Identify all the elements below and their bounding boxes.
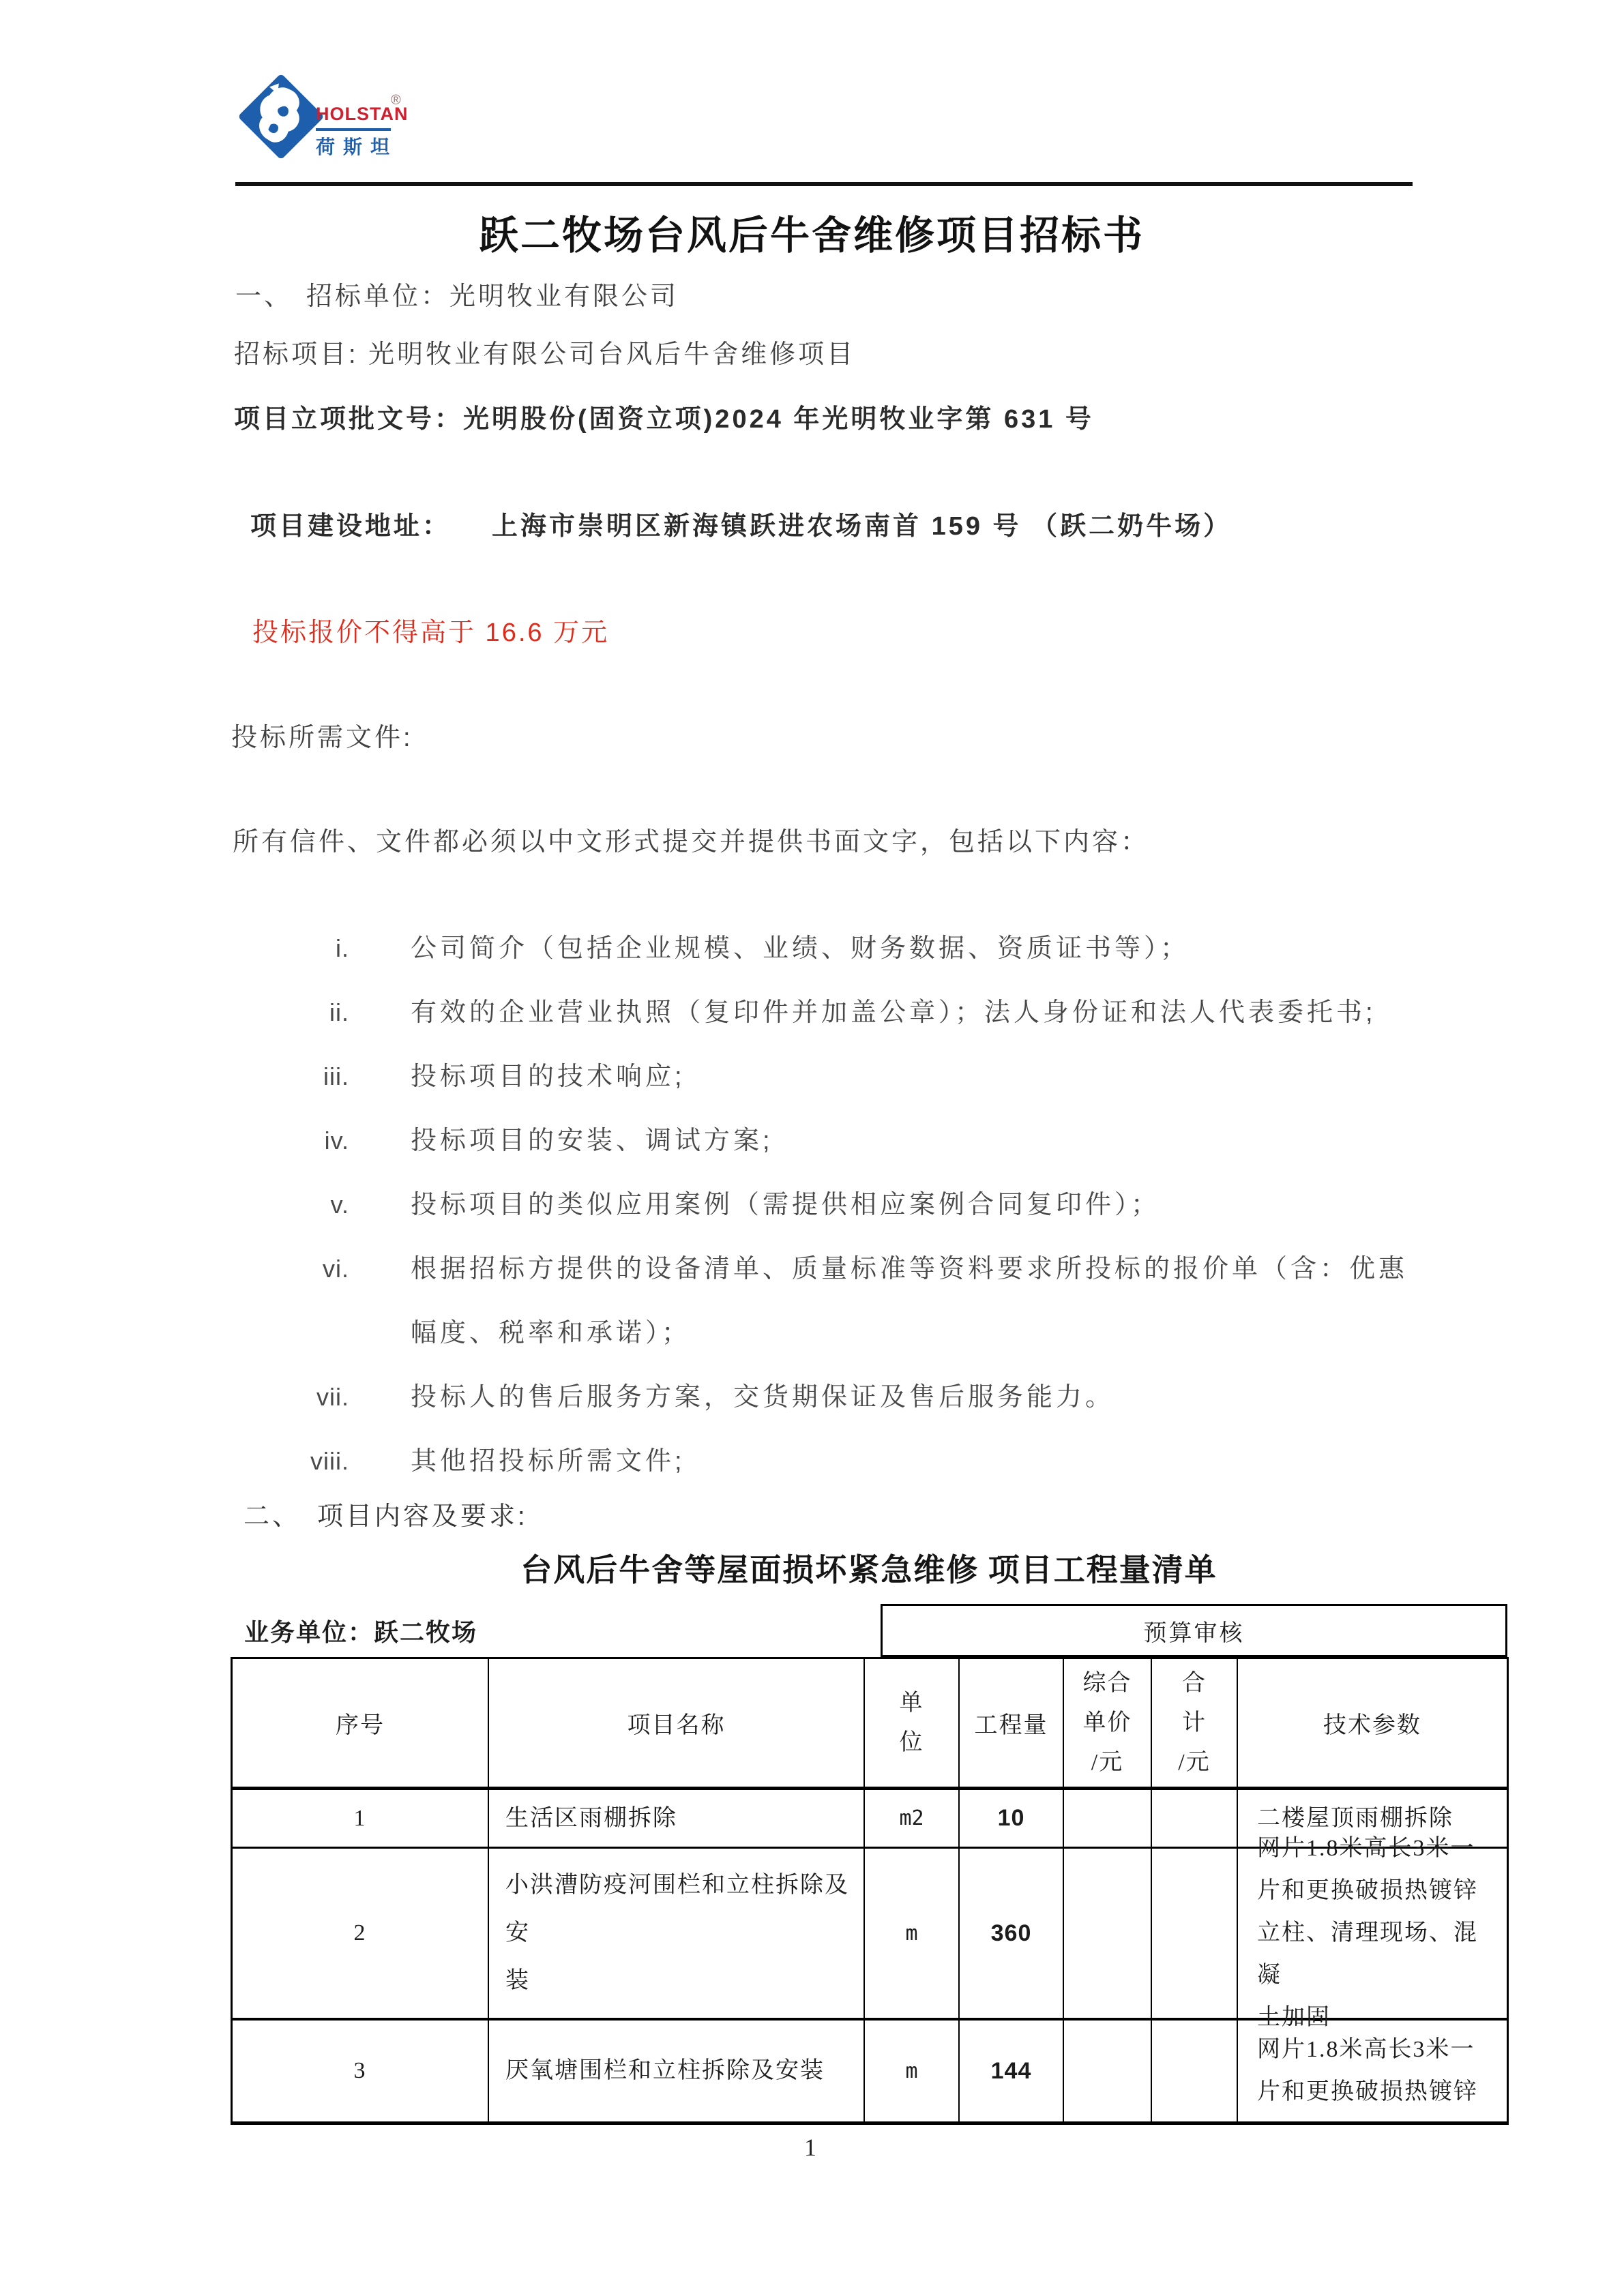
list-item: vii.投标人的售后服务方案，交货期保证及售后服务能力。: [232, 1365, 1415, 1429]
registered-mark-icon: ®: [391, 93, 401, 108]
list-item: ii.有效的企业营业执照（复印件并加盖公章）；法人身份证和法人代表委托书;: [232, 981, 1415, 1045]
row-name-line: 装: [505, 1957, 530, 2005]
list-item-text: 公司简介（包括企业规模、业绩、财务数据、资质证书等）；: [411, 916, 1415, 981]
list-item: viii.其他招投标所需文件;: [232, 1429, 1415, 1493]
price-limit-line: 投标报价不得高于 16.6 万元: [252, 617, 609, 650]
list-item: iv.投标项目的安装、调试方案;: [232, 1109, 1415, 1173]
list-item: i.公司简介（包括企业规模、业绩、财务数据、资质证书等）；: [232, 916, 1415, 981]
header-divider-rule: [235, 182, 1413, 186]
holstan-logo: HOLSTAN ® 荷斯坦: [235, 68, 399, 164]
list-item: vi.根据招标方提供的设备清单、质量标准等资料要求所投标的报价单（含：优惠幅度、…: [232, 1237, 1415, 1365]
row-total: [1152, 1849, 1238, 2021]
list-item-text: 投标项目的安装、调试方案;: [411, 1109, 1415, 1173]
tender-project-line: 招标项目: 光明牧业有限公司台风后牛舍维修项目: [234, 339, 855, 372]
list-item-text: 其他招投标所需文件;: [411, 1429, 1415, 1493]
row-tech-line: 片和更换破损热镀锌: [1257, 2071, 1478, 2113]
budget-review-header: 预算审核: [881, 1604, 1507, 1657]
list-item-text: 投标项目的技术响应;: [411, 1045, 1415, 1109]
document-title: 跃二牧场台风后牛舍维修项目招标书: [232, 203, 1391, 260]
row-unit-price: [1064, 2021, 1152, 2121]
row-qty: 10: [960, 1790, 1064, 1849]
row-name-line: 小洪漕防疫河围栏和立柱拆除及安: [505, 1862, 850, 1957]
project-address-value: 上海市崇明区新海镇跃进农场南首 159 号 （跃二奶牛场）: [492, 512, 1232, 541]
header-unit: 单 位: [865, 1659, 960, 1790]
section-2-label: 项目内容及要求:: [317, 1502, 528, 1531]
list-item: iii.投标项目的技术响应;: [232, 1045, 1415, 1109]
header-total-line: 合: [1182, 1664, 1207, 1703]
boq-grid: 序号 项目名称 单 位 工程量 综合 单价 /元 合 计 /元 技术参数 1: [231, 1657, 1509, 2125]
row-seq: 2: [233, 1849, 489, 2021]
row-tech: 网片1.8米高长3米一 片和更换破损热镀锌: [1238, 2021, 1507, 2121]
header-qty: 工程量: [960, 1659, 1064, 1790]
row-seq: 1: [233, 1790, 489, 1849]
table-row: 3 厌氧塘围栏和立柱拆除及安装 m 144 网片1.8米高长3米一 片和更换破损…: [233, 2021, 1507, 2121]
row-seq: 3: [233, 2021, 489, 2121]
header-unit-line: 单: [900, 1684, 924, 1723]
list-item-text: 有效的企业营业执照（复印件并加盖公章）；法人身份证和法人代表委托书;: [411, 981, 1415, 1045]
row-total: [1152, 1790, 1238, 1849]
row-name: 生活区雨棚拆除: [489, 1790, 865, 1849]
list-item-text: 根据招标方提供的设备清单、质量标准等资料要求所投标的报价单（含：优惠幅度、税率和…: [411, 1237, 1415, 1365]
list-no-1: 一、: [235, 282, 293, 311]
header-tech: 技术参数: [1238, 1659, 1507, 1790]
header-unit-price: 综合 单价 /元: [1064, 1659, 1152, 1790]
list-item-number: vi.: [232, 1237, 349, 1301]
row-tech-line: 片和更换破损热镀锌: [1257, 1870, 1478, 1912]
row-qty: 144: [960, 2021, 1064, 2121]
header-price-line: 单价: [1083, 1703, 1132, 1743]
required-docs-header: 投标所需文件:: [231, 722, 413, 755]
header-total: 合 计 /元: [1152, 1659, 1238, 1790]
table-header-row: 序号 项目名称 单 位 工程量 综合 单价 /元 合 计 /元 技术参数: [233, 1659, 1507, 1790]
list-item-number: iv.: [232, 1109, 349, 1173]
page-number: 1: [231, 2133, 1390, 2162]
project-address-line: 项目建设地址：上海市崇明区新海镇跃进农场南首 159 号 （跃二奶牛场）: [250, 511, 1232, 543]
row-unit: m2: [865, 1790, 960, 1849]
row-name-line: 厌氧塘围栏和立柱拆除及安装: [505, 2047, 825, 2095]
list-item-text: 投标项目的类似应用案例（需提供相应案例合同复印件）；: [411, 1173, 1415, 1237]
list-item-number: i.: [232, 916, 349, 981]
list-item-number: iii.: [232, 1045, 349, 1109]
row-unit: m: [865, 2021, 960, 2121]
header-name: 项目名称: [489, 1659, 865, 1790]
list-item-number: vii.: [232, 1365, 349, 1429]
tender-unit-line: 一、招标单位：光明牧业有限公司: [235, 281, 679, 314]
header-total-line: 计: [1182, 1703, 1207, 1743]
header-total-line: /元: [1178, 1743, 1210, 1783]
row-unit-price: [1064, 1790, 1152, 1849]
project-address-label: 项目建设地址：: [250, 512, 451, 541]
logo-underline: [316, 128, 391, 131]
list-item-number: viii.: [232, 1429, 349, 1493]
row-unit: m: [865, 1849, 960, 2021]
section-2-number: 二、: [243, 1502, 301, 1531]
table-row: 2 小洪漕防疫河围栏和立柱拆除及安 装 m 360 网片1.8米高长3米一 片和…: [233, 1849, 1507, 2021]
list-item: v.投标项目的类似应用案例（需提供相应案例合同复印件）；: [232, 1173, 1415, 1237]
header-price-line: /元: [1091, 1743, 1123, 1783]
row-tech: 网片1.8米高长3米一 片和更换破损热镀锌 立柱、清理现场、混凝 土加固: [1238, 1849, 1507, 2021]
tender-document-page: HOLSTAN ® 荷斯坦 跃二牧场台风后牛舍维修项目招标书 一、招标单位：光明…: [0, 0, 1624, 2296]
header-unit-line: 位: [900, 1723, 924, 1763]
boq-table-title: 台风后牛舍等屋面损坏紧急维修 项目工程量清单: [231, 1545, 1507, 1590]
row-tech-line: 网片1.8米高长3米一: [1257, 2029, 1475, 2071]
row-tech-line: 立柱、清理现场、混凝: [1257, 1912, 1500, 1997]
header-seq: 序号: [233, 1659, 489, 1790]
tender-unit-text: 招标单位：光明牧业有限公司: [306, 282, 679, 311]
section-2-heading: 二、项目内容及要求:: [243, 1495, 528, 1532]
row-qty: 360: [960, 1849, 1064, 2021]
row-tech-line: 网片1.8米高长3米一: [1257, 1828, 1475, 1870]
list-item-text: 投标人的售后服务方案，交货期保证及售后服务能力。: [411, 1365, 1415, 1429]
row-unit-price: [1064, 1849, 1152, 2021]
row-name: 厌氧塘围栏和立柱拆除及安装: [489, 2021, 865, 2121]
row-total: [1152, 2021, 1238, 2121]
cow-head-icon: [253, 83, 312, 154]
list-item-number: ii.: [232, 981, 349, 1045]
row-name-line: 生活区雨棚拆除: [505, 1795, 677, 1843]
list-item-number: v.: [232, 1173, 349, 1237]
required-docs-note: 所有信件、文件都必须以中文形式提交并提供书面文字，包括以下内容：: [233, 826, 1149, 859]
business-unit-line: 业务单位：跃二牧场: [244, 1613, 477, 1648]
row-name: 小洪漕防疫河围栏和立柱拆除及安 装: [489, 1849, 865, 2021]
approval-number-line: 项目立项批文号：光明股份(固资立项)2024 年光明牧业字第 631 号: [234, 404, 1094, 436]
header-price-line: 综合: [1083, 1664, 1132, 1703]
logo-brand-chinese: 荷斯坦: [316, 132, 398, 160]
